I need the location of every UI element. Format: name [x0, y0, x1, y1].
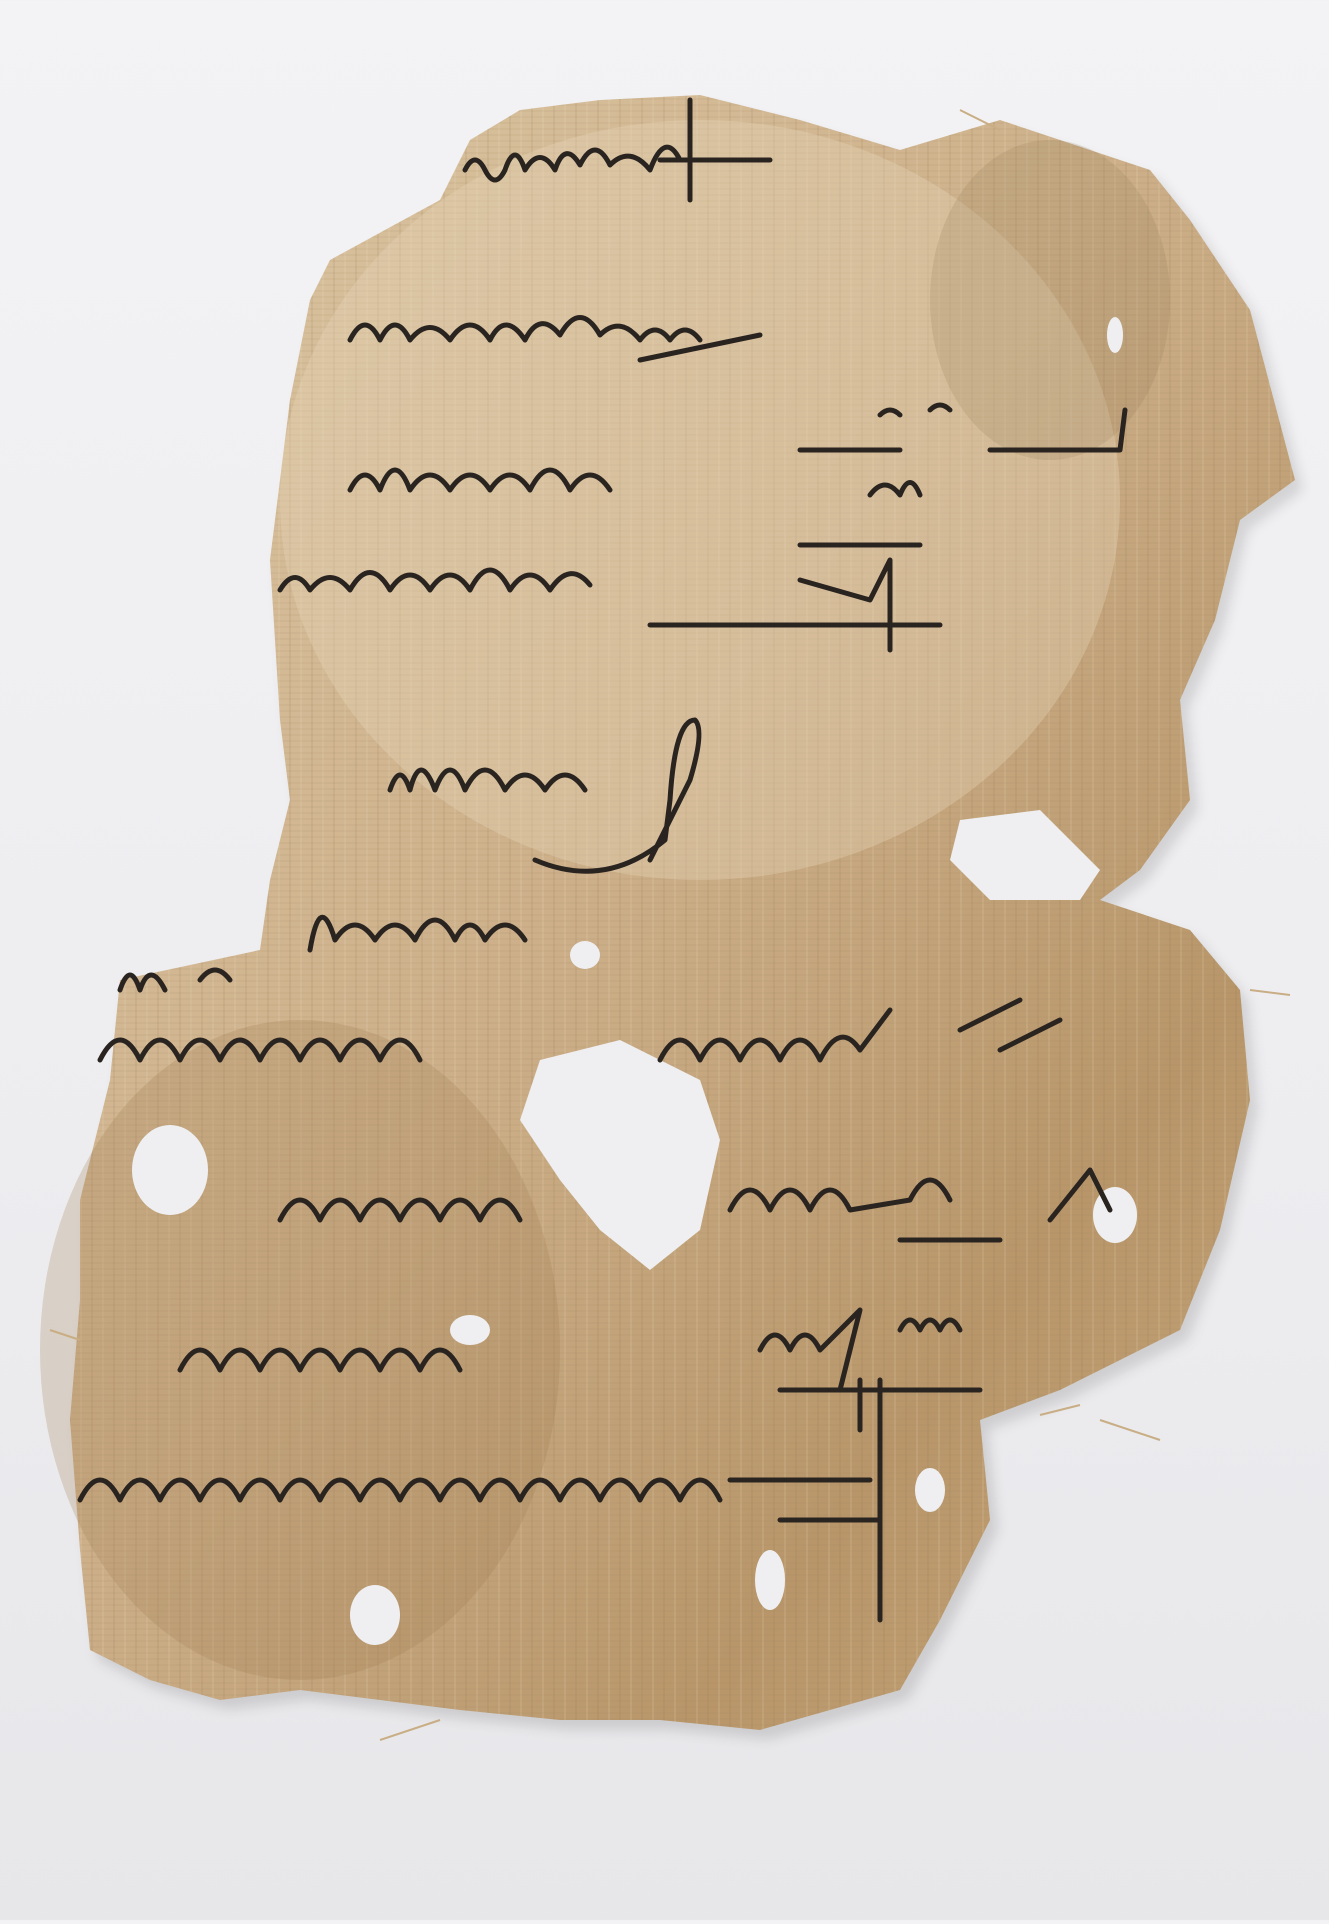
- papyrus-fragment: [0, 0, 1329, 1920]
- papyrus-photo: Papyrus fragment with cursive ink writin…: [0, 0, 1329, 1920]
